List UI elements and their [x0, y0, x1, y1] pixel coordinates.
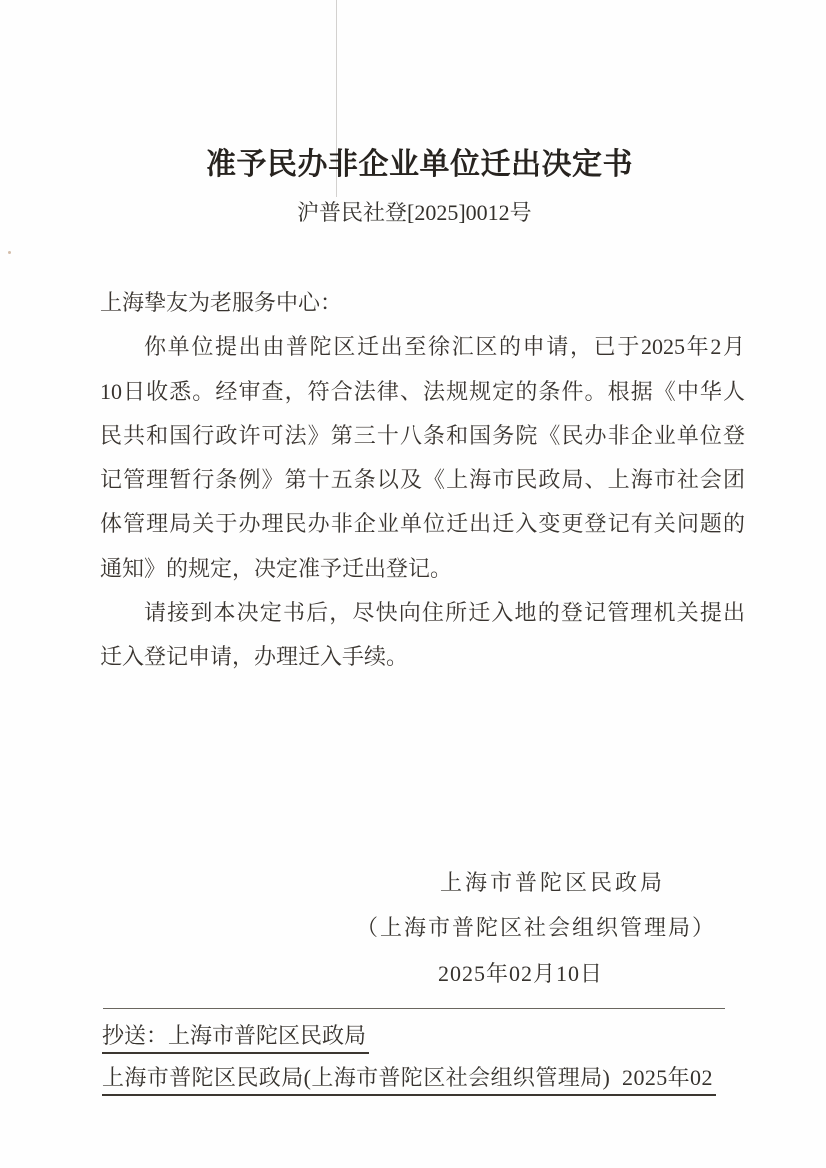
footer-divider — [103, 1008, 725, 1009]
body-line: 请接到本决定书后，尽快向住所迁入地的登记管理机关提出 — [100, 591, 745, 635]
issue-date: 2025年02月10日 — [438, 957, 603, 988]
body-line: 记管理暂行条例》第十五条以及《上海市民政局、上海市社会团 — [100, 458, 745, 502]
document-title: 准予民办非企业单位迁出决定书 — [206, 139, 633, 183]
issuing-authority-alt: （上海市普陀区社会组织管理局） — [356, 911, 716, 942]
body-line: 上海挚友为老服务中心： — [100, 281, 745, 325]
document-page: 准予民办非企业单位迁出决定书 沪普民社登[2025]0012号 上海挚友为老服务… — [0, 0, 826, 1168]
issuer-footer-line: 上海市普陀区民政局(上海市普陀区社会组织管理局) 2025年02 — [102, 1061, 716, 1096]
body-line: 迁入登记申请，办理迁入手续。 — [100, 635, 745, 679]
body-line: 体管理局关于办理民办非企业单位迁出迁入变更登记有关问题的 — [100, 502, 745, 546]
document-body: 上海挚友为老服务中心：你单位提出由普陀区迁出至徐汇区的申请，已于2025年2月1… — [100, 281, 745, 680]
cc-line: 抄送：上海市普陀区民政局 — [102, 1019, 369, 1054]
body-line: 通知》的规定，决定准予迁出登记。 — [100, 547, 745, 591]
body-line: 10日收悉。经审查，符合法律、法规规定的条件。根据《中华人 — [100, 370, 745, 414]
body-line: 民共和国行政许可法》第三十八条和国务院《民办非企业单位登 — [100, 414, 745, 458]
document-number: 沪普民社登[2025]0012号 — [297, 196, 532, 227]
body-line: 你单位提出由普陀区迁出至徐汇区的申请，已于2025年2月 — [100, 325, 745, 369]
scan-speck — [8, 251, 11, 254]
issuing-authority: 上海市普陀区民政局 — [440, 866, 665, 897]
